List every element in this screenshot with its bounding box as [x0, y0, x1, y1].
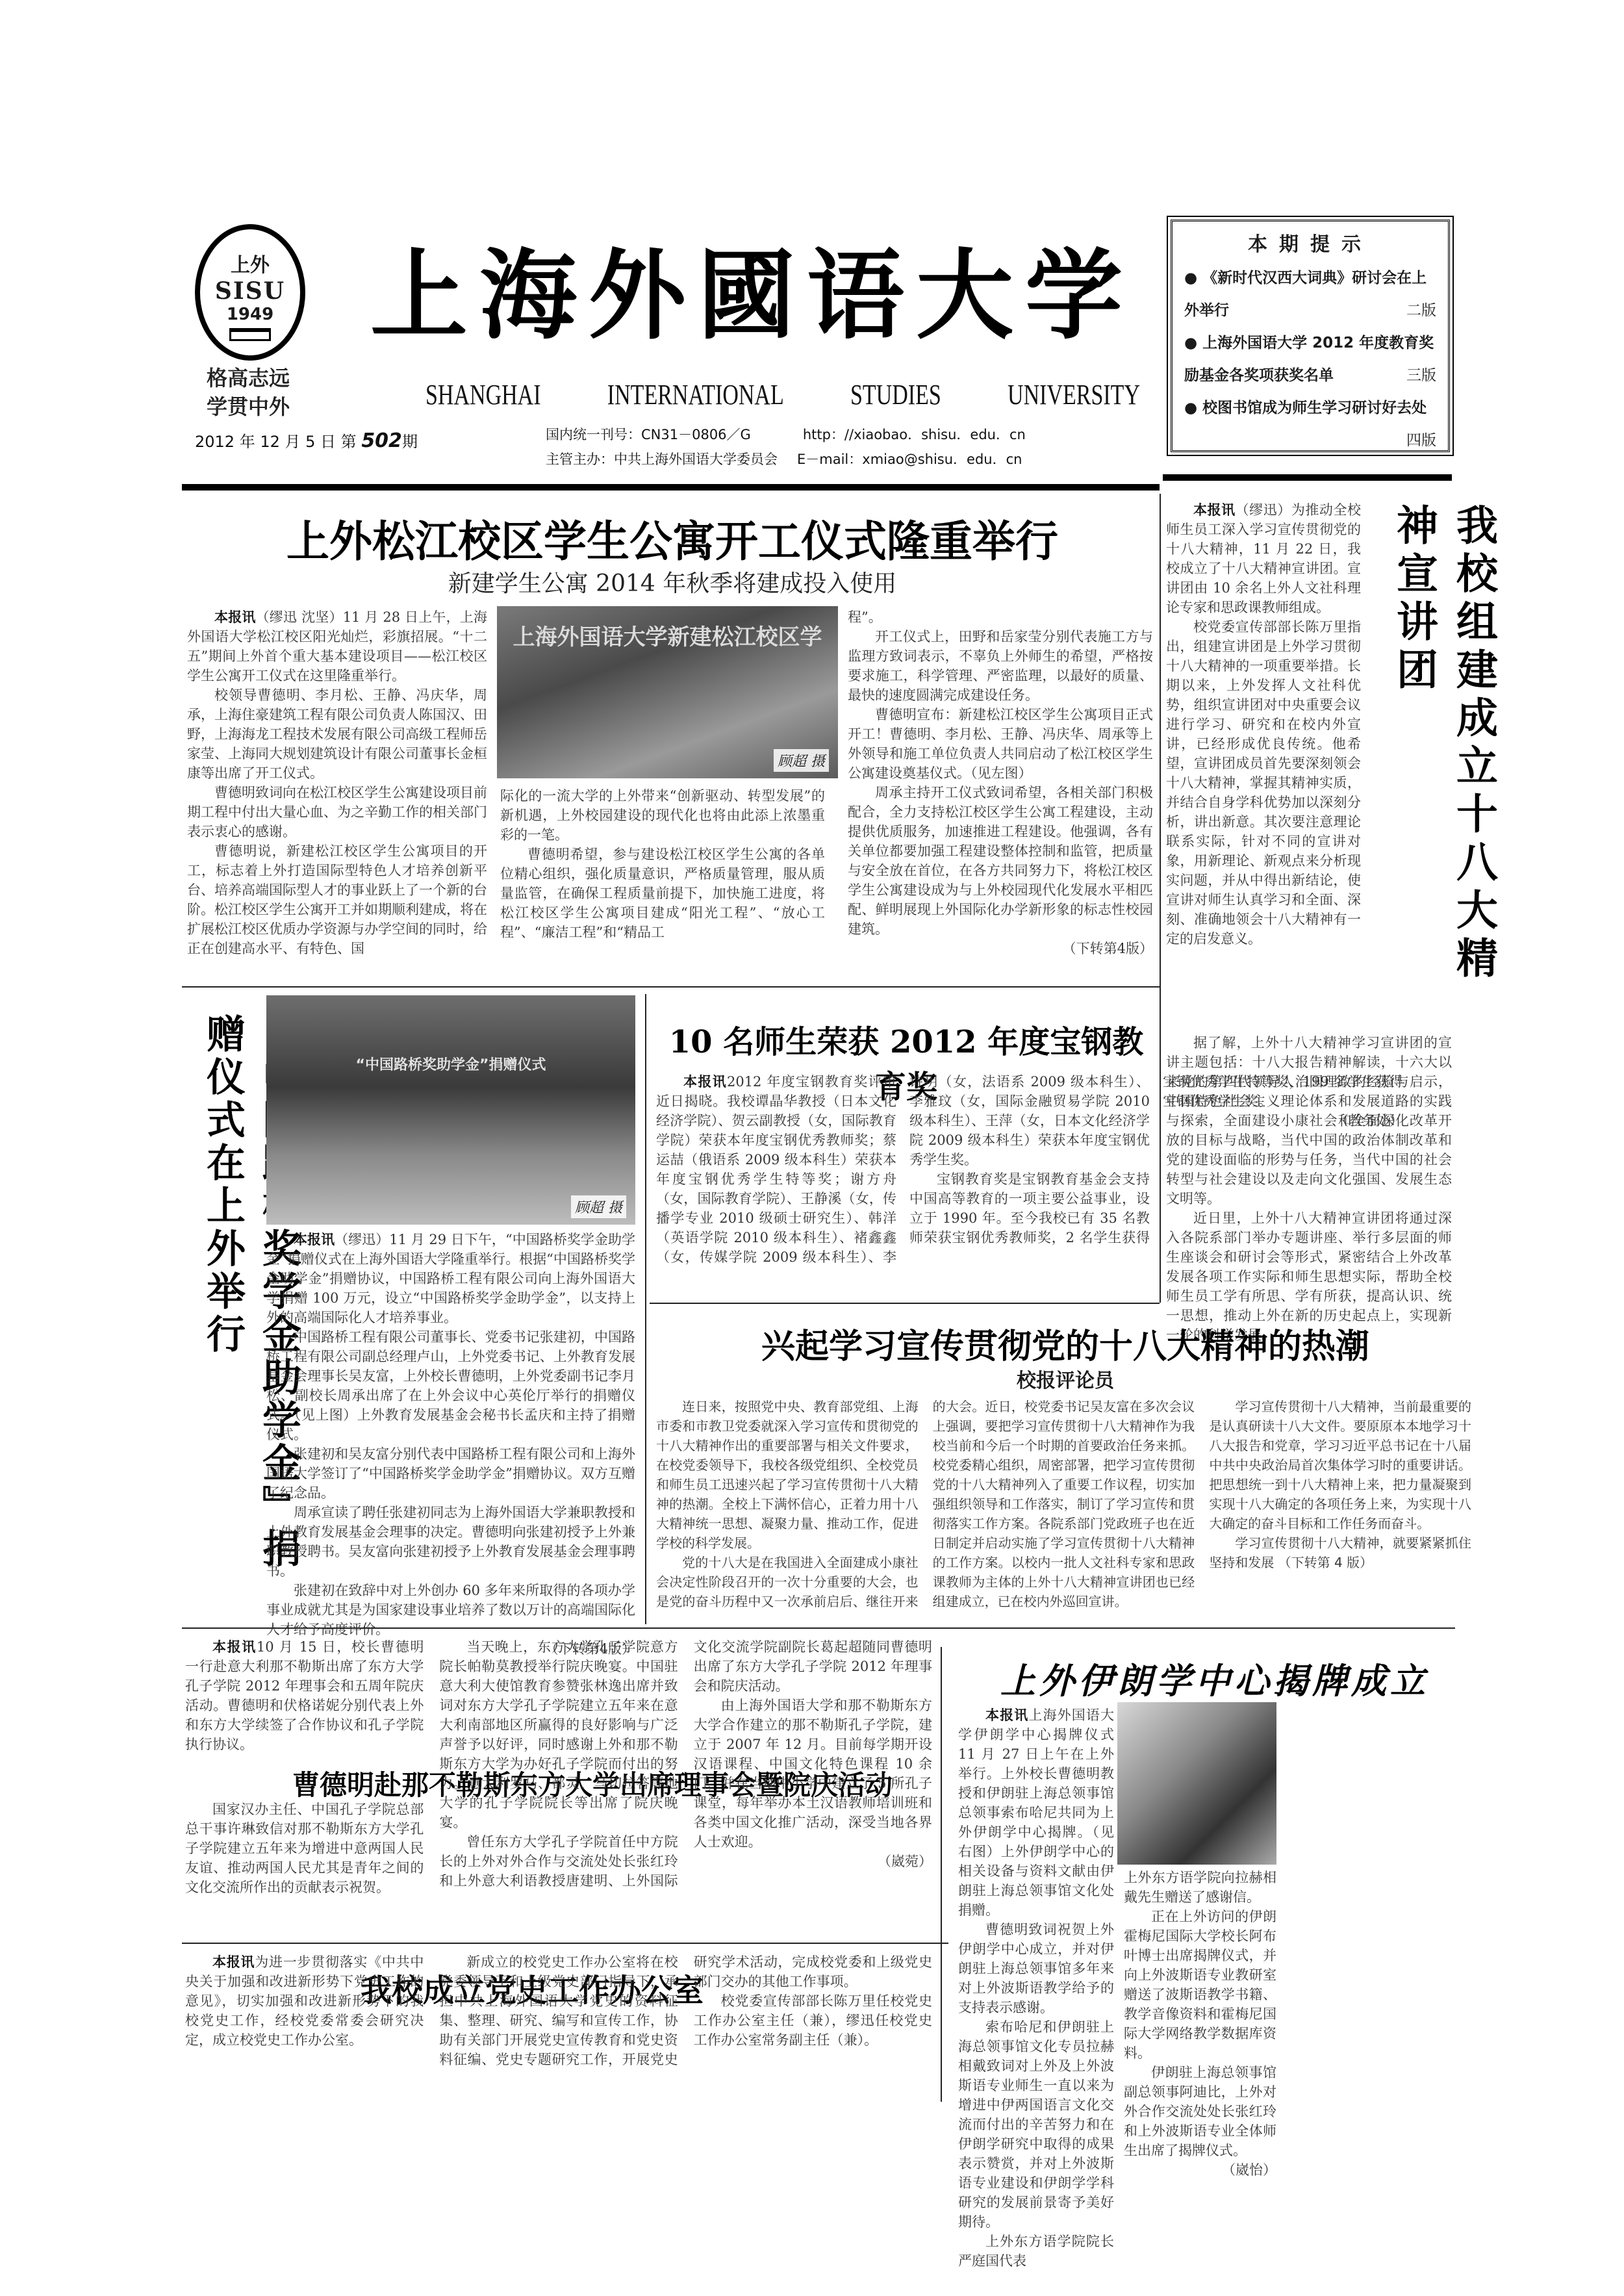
teaser-item[interactable]: ● 校图书馆成为师生学习研讨好去处 四版 [1184, 392, 1436, 424]
lead: 本报讯 [212, 1639, 257, 1655]
photo-credit: 顾超 摄 [571, 1195, 626, 1218]
subhead-dorm: 新建学生公寓 2014 年秋季将建成投入使用 [188, 565, 1156, 598]
credit: （崴怡） [1124, 2160, 1276, 2180]
credit: （崴菀） [694, 1852, 932, 1871]
continued-note[interactable]: （下转第4版） [848, 939, 1153, 958]
lead: 本报讯 [985, 1707, 1028, 1723]
paragraph: 10 月 15 日，校长曹德明一行赴意大利那不勒斯出席了东方大学孔子学院 201… [185, 1639, 424, 1752]
open-book-icon [229, 328, 271, 341]
photo-caption: 上外东方语学院向拉赫相戴先生赠送了感谢信。 [1124, 1868, 1276, 1907]
email-link[interactable]: E－mail：xmiao@shisu．edu．cn [797, 447, 1022, 472]
masthead-en-word: SHANGHAI [425, 379, 541, 411]
teaser-item-page: 四版 [1406, 424, 1436, 457]
lecture-body-narrow: 本报讯（缪迅）为推动全校师生员工深入学习宣传贯彻党的十八大精神，11 月 22 … [1166, 500, 1361, 949]
section-divider [650, 1303, 1160, 1304]
photo-groundbreaking: 上海外国语大学新建松江校区学 顾超 摄 [497, 606, 838, 778]
paragraph: 正在上外访问的伊朗霍梅尼国际大学校长阿布叶博士出席揭牌仪式，并向上外波斯语专业教… [1124, 1907, 1276, 2063]
photo-donation-ceremony: “中国路桥奖助学金”捐赠仪式 顾超 摄 [266, 995, 635, 1225]
paragraph: 周承主持开工仪式致词希望，各相关部门积极配合，全力支持松江校区学生公寓工程建设，… [848, 783, 1153, 939]
issue-prefix: 第 [341, 433, 357, 451]
dorm-col1: 本报讯（缪迅 沈坚）11 月 28 日上午，上海外国语大学松江校区阳光灿烂，彩旗… [187, 607, 487, 958]
teaser-item-text: ● 校图书馆成为师生学习研讨好去处 [1184, 400, 1427, 416]
teaser-title: 本期提示 [1184, 228, 1436, 257]
column-divider [1160, 494, 1161, 1303]
masthead-title: 上海外國语大学 [370, 237, 1134, 354]
paragraph: 校党委宣传部部长陈万里指出，组建宣讲团是上外学习贯彻十八大精神的一项重要举措。长… [1166, 617, 1361, 949]
paragraph: 国家汉办主任、中国孔子学院总部总干事许琳致信对那不勒斯东方大学孔子学院建立五年来… [185, 1800, 424, 1897]
paragraph: 中国路桥工程有限公司董事长、党委书记张建初，中国路桥工程有限公司副总经理卢山，上… [266, 1327, 635, 1444]
sponsor: 主管主办：中共上海外国语大学委员会 [546, 447, 778, 472]
section-divider [182, 986, 1160, 988]
masthead-en-word: UNIVERSITY [1008, 379, 1140, 411]
logo-year: 1949 [200, 305, 300, 324]
paragraph: 曹德明说，新建松江校区学生公寓项目的开工，标志着上外打造国际型特色人才培养创新平… [187, 841, 487, 958]
teaser-item[interactable]: ● 上海外国语大学 2012 年度教育奖励基金各奖项获奖名单 三版 [1184, 327, 1436, 392]
logo-top-text: 上外 [200, 249, 300, 277]
paragraph: 上海外国语大学伊朗学中心揭牌仪式 11 月 27 日上午在上外举行。上外校长曹德… [958, 1707, 1114, 1918]
paragraph: 曹德明宣布：新建松江校区学生公寓项目正式开工！曹德明、李月松、王静、冯庆华、周承… [848, 705, 1153, 783]
teaser-item[interactable]: ● 《新时代汉西大词典》研讨会在上外举行 二版 [1184, 262, 1436, 327]
column-divider [941, 1647, 942, 2102]
credit: （教务处） [1163, 1111, 1403, 1130]
headline-dorm: 上外松江校区学生公寓开工仪式隆重举行 [188, 507, 1156, 568]
website-link[interactable]: http：//xiaobao．shisu．edu．cn [803, 422, 1026, 447]
logo-middle-text: SISU [200, 277, 300, 305]
masthead-en-word: INTERNATIONAL [607, 379, 784, 411]
motto-line-1: 格高志远 [207, 364, 290, 392]
lead: 本报讯 [294, 1232, 335, 1247]
issue-suffix: 期 [402, 433, 418, 451]
headline-editorial: 兴起学习宣传贯彻党的十八大精神的热潮 [656, 1319, 1475, 1368]
paragraph: 程”。 [848, 607, 1153, 627]
section-divider [182, 1943, 948, 1944]
lead: 本报讯 [212, 1954, 255, 1970]
section-divider [182, 1627, 1455, 1629]
paragraph: 曹德明希望，参与建设松江校区学生公寓的各单位精心组织，强化质量意识，严格质量管理… [500, 845, 825, 942]
photo-banner-text: 上海外国语大学新建松江校区学 [497, 619, 838, 651]
serial-number: 国内统一刊号：CN31－0806／G [546, 422, 751, 447]
iran-body-right: 上外东方语学院向拉赫相戴先生赠送了感谢信。 正在上外访问的伊朗霍梅尼国际大学校长… [1124, 1868, 1276, 2180]
scholarship-body: 本报讯（缪迅）11 月 29 日下午，“中国路桥奖学金助学金”捐赠仪式在上海外国… [266, 1230, 635, 1659]
iran-body-left: 本报讯上海外国语大学伊朗学中心揭牌仪式 11 月 27 日上午在上外举行。上外校… [958, 1705, 1114, 2271]
paragraph: 校党委宣传部部长陈万里任校党史工作办公室主任（兼），缪迅任校党史工作办公室常务副… [694, 1991, 932, 2050]
paragraph: 连日来，按照党中央、教育部党组、上海市委和市教卫党委就深入学习宣传和贯彻党的十八… [656, 1397, 919, 1553]
issue-date: 2012 年 12 月 5 日 第 502期 [195, 429, 418, 452]
university-logo: 上外 SISU 1949 [195, 224, 305, 361]
editorial-byline: 校报评论员 [656, 1364, 1475, 1393]
paragraph: 由上海外国语大学和那不勒斯东方大学合作建立的那不勒斯孔子学院，建立于 2007 … [694, 1696, 932, 1852]
masthead-en-word: STUDIES [850, 379, 941, 411]
photo-banner-text: “中国路桥奖助学金”捐赠仪式 [266, 1054, 635, 1074]
teaser-item-page: 二版 [1406, 294, 1436, 327]
naples-body: 本报讯10 月 15 日，校长曹德明一行赴意大利那不勒斯出席了东方大学孔子学院 … [185, 1637, 932, 1936]
paragraph: 张建初在致辞中对上外创办 60 多年来所取得的各项办学事业成就尤其是为国家建设事… [266, 1581, 635, 1639]
paragraph: 学习宣传贯彻十八大精神，当前最重要的是认真研读十八大文件。要原原本本地学习十八大… [1209, 1397, 1471, 1533]
paragraph: 周承宣读了聘任张建初同志为上海外国语大学兼职教授和上外教育发展基金会理事的决定。… [266, 1503, 635, 1581]
date: 2012 年 12 月 5 日 [195, 433, 336, 451]
editorial-body: 连日来，按照党中央、教育部党组、上海市委和市教卫党委就深入学习宣传和贯彻党的十八… [656, 1397, 1471, 1618]
paragraph: 校领导曹德明、李月松、王静、冯庆华，周承，上海住豪建筑工程有限公司负责人陈国汉、… [187, 685, 487, 783]
teaser-item-text: ● 上海外国语大学 2012 年度教育奖励基金各奖项获奖名单 [1184, 335, 1434, 384]
motto-line-2: 学贯中外 [207, 392, 290, 421]
paragraph: （缪迅）为推动全校师生员工深入学习宣传贯彻党的十八大精神，11 月 22 日，我… [1166, 502, 1361, 615]
motto: 格高志远 学贯中外 [207, 364, 290, 421]
paragraph: 曹德明致词向在松江校区学生公寓建设项目前期工程中付出大量心血、为之辛勤工作的相关… [187, 783, 487, 841]
masthead-rule [182, 484, 1160, 491]
dorm-col3: 程”。 开工仪式上，田野和岳家莹分别代表施工方与监理方致词表示，不辜负上外师生的… [848, 607, 1153, 958]
masthead-english: SHANGHAI INTERNATIONAL STUDIES UNIVERSIT… [425, 379, 1140, 411]
paragraph: 上外东方语学院院长严庭国代表 [958, 2232, 1114, 2271]
headline-lecture: 我校组建成立十八大精神宣讲团 [1384, 504, 1503, 1023]
paragraph: 张建初和吴友富分别代表中国路桥工程有限公司和上海外国语大学签订了“中国路桥奖学金… [266, 1444, 635, 1503]
photo-plaque-unveiling [1117, 1702, 1276, 1865]
column-divider [645, 994, 646, 1624]
paragraph: 索布哈尼和伊朗驻上海总领事馆文化专员拉赫相戴致词对上外及上外波斯语专业师生一直以… [958, 2017, 1114, 2232]
teaser-rule [1163, 474, 1452, 481]
paragraph: 际化的一流大学的上外带来“创新驱动、转型发展”的新机遇，上外校园建设的现代化也将… [500, 786, 825, 845]
paragraph: 当天晚上，东方大学孔子学院意方院长帕勒莫教授举行院庆晚宴。中国驻意大利大使馆教育… [439, 1637, 678, 1832]
paragraph: 伊朗驻上海总领事馆副总领事阿迪比，上外对外合作交流处处长张红玲和上外波斯语专业全… [1124, 2063, 1276, 2160]
lead: 本报讯 [1193, 502, 1236, 518]
dorm-col2: 际化的一流大学的上外带来“创新驱动、转型发展”的新机遇，上外校园建设的现代化也将… [500, 786, 825, 942]
paragraph: 开工仪式上，田野和岳家莹分别代表施工方与监理方致词表示，不辜负上外师生的希望，严… [848, 627, 1153, 705]
party-history-body: 本报讯为进一步贯彻落实《中共中央关于加强和改进新形势下党史工作的意见》，切实加强… [185, 1952, 932, 2102]
publication-info: 国内统一刊号：CN31－0806／G http：//xiaobao．shisu．… [546, 422, 1026, 472]
continued-note[interactable]: （下转第 4 版） [1278, 1555, 1373, 1570]
teaser-item-page: 三版 [1406, 359, 1436, 392]
headline-iran: 上外伊朗学中心揭牌成立 [961, 1653, 1468, 1703]
paragraph: 曹德明致词祝贺上外伊朗学中心成立，并对伊朗驻上海总领事馆多年来对上外波斯语教学给… [958, 1920, 1114, 2017]
lead: 本报讯 [683, 1074, 727, 1090]
issue-number: 502 [361, 429, 402, 452]
baosteel-body: 本报讯2012 年度宝钢教育奖评审近日揭晓。我校谭晶华教授（日本文化经济学院）、… [656, 1072, 1150, 1277]
photo-credit: 顾超 摄 [774, 749, 829, 772]
teaser-box: 本期提示 ● 《新时代汉西大词典》研讨会在上外举行 二版 ● 上海外国语大学 2… [1171, 220, 1450, 452]
lead: 本报讯 [214, 609, 256, 625]
teaser-item-text: ● 《新时代汉西大词典》研讨会在上外举行 [1184, 270, 1427, 319]
